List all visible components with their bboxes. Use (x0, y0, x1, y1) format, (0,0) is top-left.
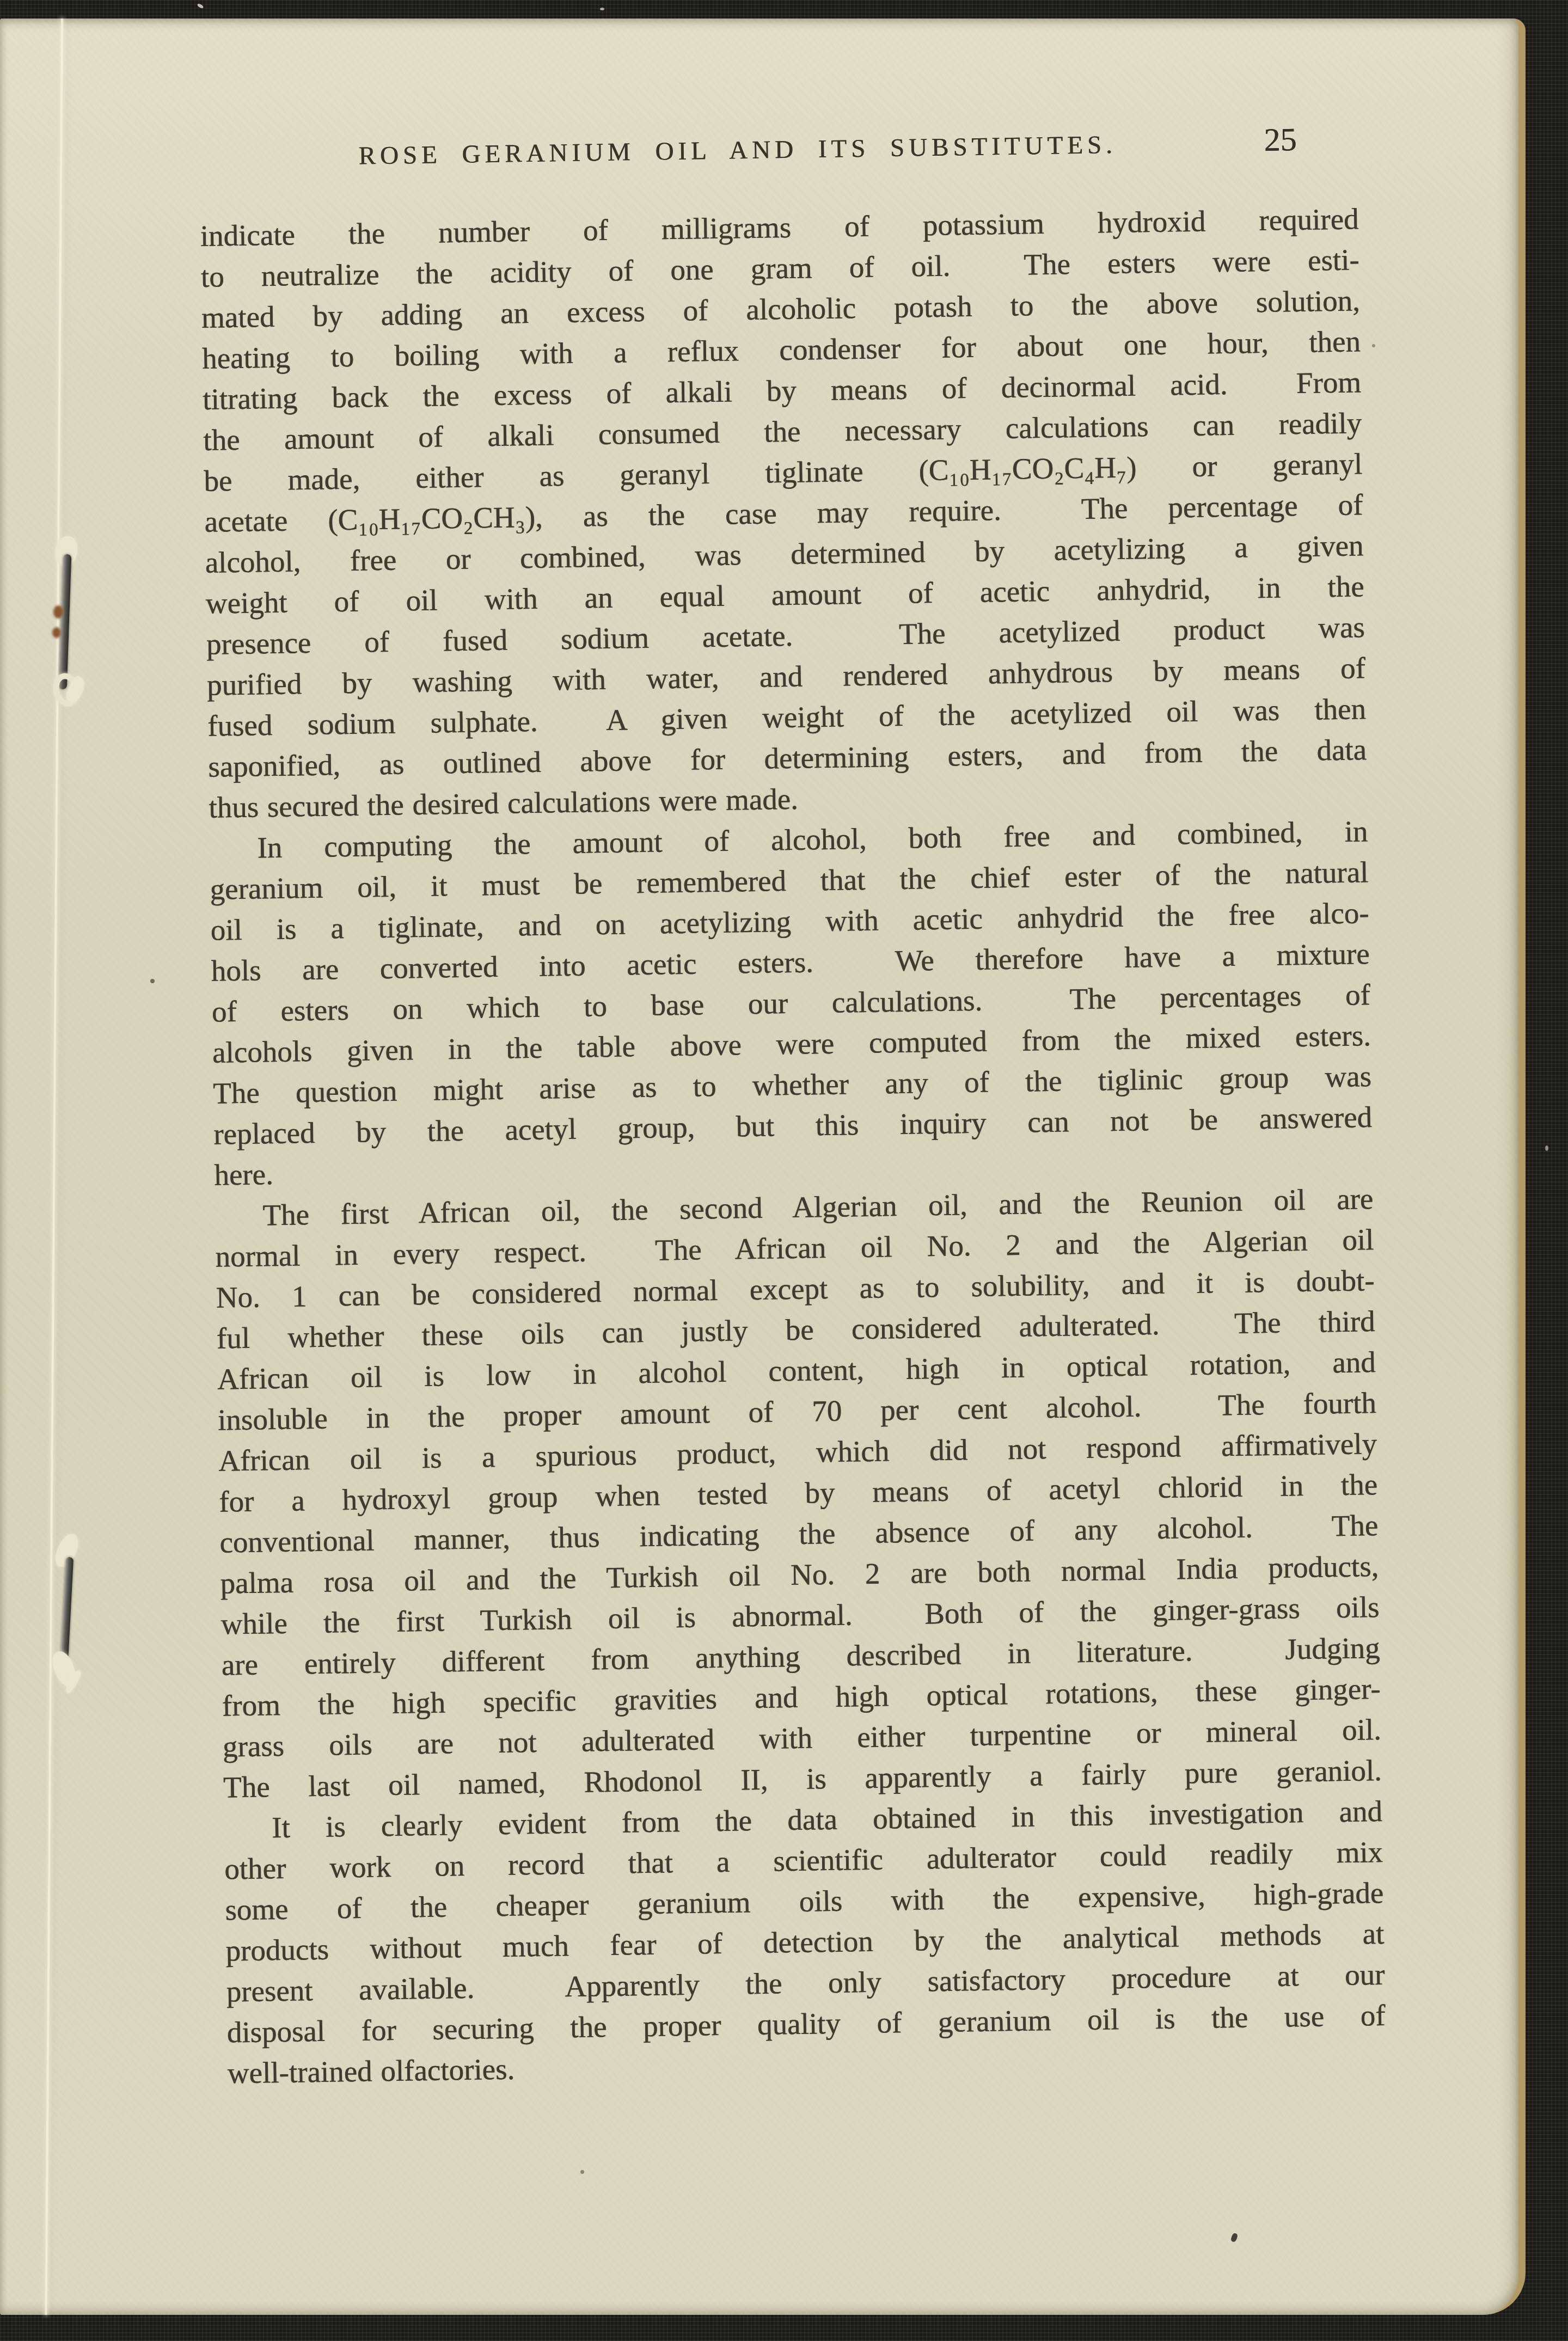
rust-spot (53, 605, 63, 618)
page-number: 25 (1264, 121, 1297, 159)
page-header: ROSE GERANIUM OIL AND ITS SUBSTITUTES. 2… (199, 126, 1358, 182)
running-title: ROSE GERANIUM OIL AND ITS SUBSTITUTES. (199, 128, 1276, 173)
lint-speck (1545, 1145, 1548, 1151)
binding-staple-bottom (53, 1533, 86, 1696)
body-text: indicate the number of milligrams of pot… (200, 198, 1386, 2093)
page-paper: ROSE GERANIUM OIL AND ITS SUBSTITUTES. 2… (0, 19, 1526, 2315)
rust-spot (52, 627, 61, 638)
dust-speck (580, 2170, 584, 2174)
staple-wire-icon (59, 554, 72, 689)
printed-text-layer: ROSE GERANIUM OIL AND ITS SUBSTITUTES. 2… (197, 10, 1389, 2323)
pencil-dot (150, 979, 155, 983)
dust-speck (1372, 344, 1375, 347)
page-crease-line (45, 19, 63, 2315)
scanned-book-page: ROSE GERANIUM OIL AND ITS SUBSTITUTES. 2… (0, 0, 1568, 2341)
staple-wire-icon (60, 1557, 73, 1664)
binding-staple-top (52, 536, 85, 715)
lint-speck (600, 8, 604, 10)
